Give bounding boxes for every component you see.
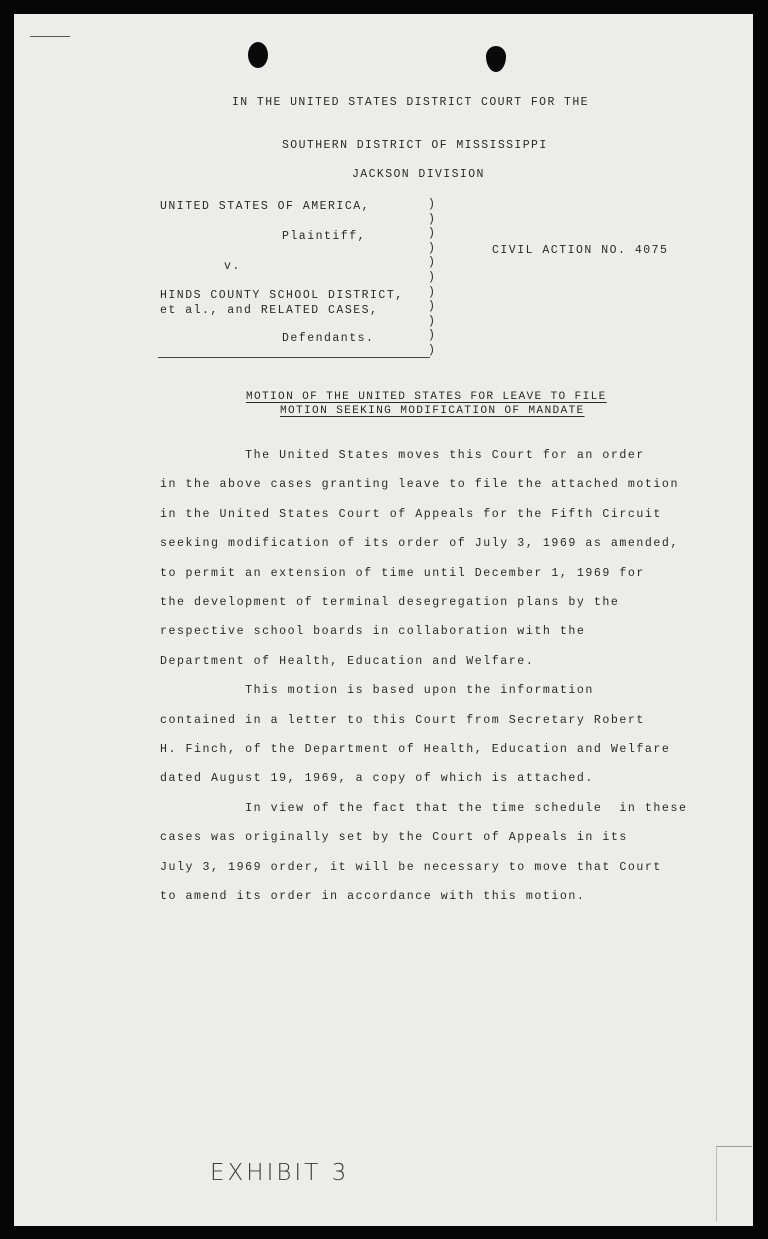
caption-paren: ) xyxy=(428,315,436,328)
court-header-line3: JACKSON DIVISION xyxy=(352,168,485,181)
margin-mark xyxy=(30,36,70,37)
defendant-role: Defendants. xyxy=(282,332,374,345)
versus: v. xyxy=(224,260,241,273)
caption-paren: ) xyxy=(428,242,436,255)
caption-paren: ) xyxy=(428,271,436,284)
corner-mark-vertical xyxy=(716,1146,717,1222)
body-line: contained in a letter to this Court from… xyxy=(160,714,645,727)
body-line: seeking modification of its order of Jul… xyxy=(160,537,679,550)
defendant-line2: et al., and RELATED CASES, xyxy=(160,304,378,317)
body-line: July 3, 1969 order, it will be necessary… xyxy=(160,861,662,874)
caption-paren: ) xyxy=(428,256,436,269)
plaintiff-role: Plaintiff, xyxy=(282,230,366,243)
body-line: in the United States Court of Appeals fo… xyxy=(160,508,662,521)
case-number: CIVIL ACTION NO. 4075 xyxy=(492,244,668,257)
body-line: In view of the fact that the time schedu… xyxy=(160,802,687,815)
caption-paren: ) xyxy=(428,227,436,240)
body-line: dated August 19, 1969, a copy of which i… xyxy=(160,772,594,785)
body-line: The United States moves this Court for a… xyxy=(160,449,645,462)
body-line: This motion is based upon the informatio… xyxy=(160,684,594,697)
body-line: H. Finch, of the Department of Health, E… xyxy=(160,743,670,756)
body-line: to permit an extension of time until Dec… xyxy=(160,567,645,580)
motion-title-line2: MOTION SEEKING MODIFICATION OF MANDATE xyxy=(280,405,585,417)
plaintiff-name: UNITED STATES OF AMERICA, xyxy=(160,200,370,213)
punch-hole-left xyxy=(248,42,268,68)
caption-underline xyxy=(158,357,430,358)
caption-paren: ) xyxy=(428,329,436,342)
body-line: to amend its order in accordance with th… xyxy=(160,890,585,903)
court-header-line2: SOUTHERN DISTRICT OF MISSISSIPPI xyxy=(282,139,548,152)
punch-hole-right xyxy=(486,46,506,72)
caption-paren: ) xyxy=(428,300,436,313)
court-header-line1: IN THE UNITED STATES DISTRICT COURT FOR … xyxy=(232,96,589,109)
document-page: IN THE UNITED STATES DISTRICT COURT FOR … xyxy=(14,14,753,1226)
caption-paren: ) xyxy=(428,344,436,357)
body-line: cases was originally set by the Court of… xyxy=(160,831,628,844)
corner-mark xyxy=(716,1146,752,1147)
caption-paren: ) xyxy=(428,286,436,299)
body-line: in the above cases granting leave to fil… xyxy=(160,478,679,491)
body-line: respective school boards in collaboratio… xyxy=(160,625,585,638)
caption-paren: ) xyxy=(428,213,436,226)
body-line: Department of Health, Education and Welf… xyxy=(160,655,534,668)
handwritten-exhibit-label: EXHIBIT 3 xyxy=(210,1160,349,1186)
body-line: the development of terminal desegregatio… xyxy=(160,596,619,609)
defendant-line1: HINDS COUNTY SCHOOL DISTRICT, xyxy=(160,289,404,302)
motion-title-line1: MOTION OF THE UNITED STATES FOR LEAVE TO… xyxy=(246,391,607,403)
caption-paren: ) xyxy=(428,198,436,211)
